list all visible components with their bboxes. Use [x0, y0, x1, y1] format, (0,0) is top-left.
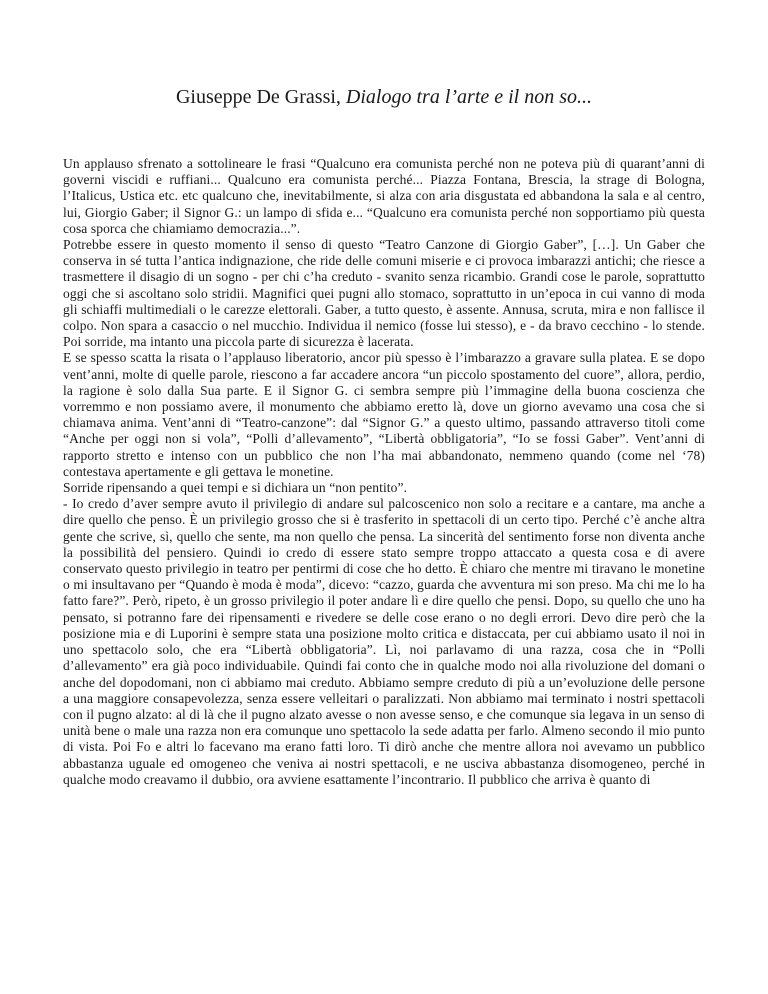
title-work: Dialogo tra l’arte e il non so...	[346, 86, 592, 108]
document-body: Un applauso sfrenato a sottolineare le f…	[63, 156, 705, 788]
page-title: Giuseppe De Grassi, Dialogo tra l’arte e…	[63, 86, 705, 109]
paragraph: Sorride ripensando a quei tempi e si dic…	[63, 480, 705, 496]
paragraph: - Io credo d’aver sempre avuto il privil…	[63, 496, 705, 788]
paragraph: Un applauso sfrenato a sottolineare le f…	[63, 156, 705, 237]
paragraph: E se spesso scatta la risata o l’applaus…	[63, 350, 705, 480]
paragraph: Potrebbe essere in questo momento il sen…	[63, 237, 705, 350]
document-page: Giuseppe De Grassi, Dialogo tra l’arte e…	[0, 0, 768, 994]
title-author: Giuseppe De Grassi,	[176, 86, 346, 108]
